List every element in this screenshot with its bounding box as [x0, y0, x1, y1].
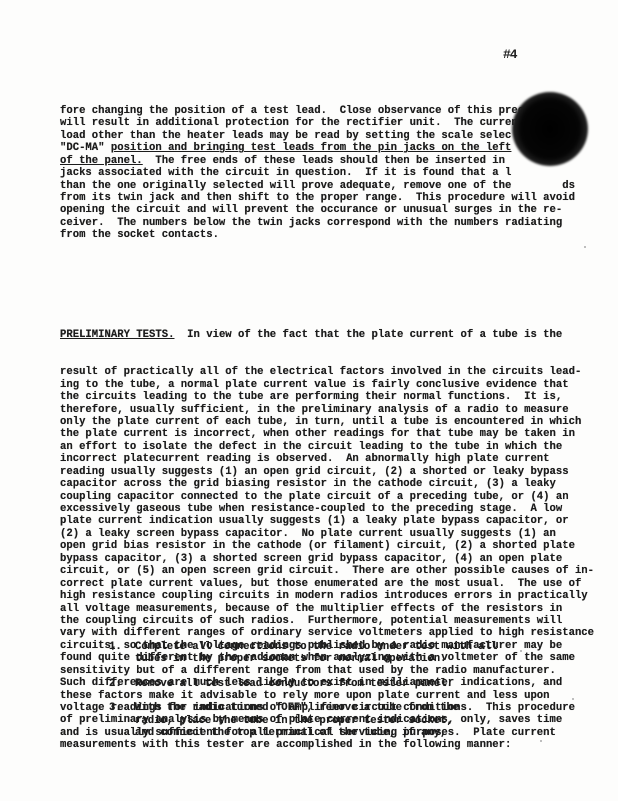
line-text: from its twin jack and then shift to the…: [60, 192, 575, 204]
steps-list: 1.Complete all connections to the radio …: [109, 641, 497, 752]
line-text: opening the circuit and will prevent the…: [60, 204, 562, 216]
text-line: all voltage measurements, because of the…: [60, 603, 618, 615]
paragraph-gap: [60, 267, 618, 279]
text-line: high resistance coupling circuits in mod…: [60, 590, 618, 602]
text-line: correct plate current values, but those …: [60, 578, 618, 590]
text-line: from the socket contacts.: [60, 229, 618, 241]
line-text: "DC-MA": [60, 142, 111, 154]
text-line: open grid bias resistor in the cathode (…: [60, 540, 618, 552]
line-text: jacks associated with the circuit in que…: [60, 167, 511, 179]
text-line: reading usually suggests (1) an open gri…: [60, 466, 618, 478]
line-text: than the one originally selected will pr…: [60, 180, 575, 192]
step-item: 2.Remove all test lead conductors from t…: [109, 678, 497, 690]
text-line: circuit, or (5) an open screen grid circ…: [60, 565, 618, 577]
text-line: only the plate current of each tube, in …: [60, 416, 618, 428]
underlined-text: position and bringing test leads from th…: [111, 142, 512, 154]
step-item: 1.Complete all connections to the radio …: [109, 641, 497, 666]
step-line: and connect the top terminal of the tube…: [135, 727, 459, 739]
text-line: the plate current is incorrect, when oth…: [60, 428, 618, 440]
step-text: Complete all connections to the radio un…: [135, 641, 497, 666]
text-line: incorrect platecurrent reading is observ…: [60, 453, 618, 465]
line-text: load other than the heater leads may be …: [60, 130, 511, 142]
step-number: 2.: [109, 678, 135, 690]
line-text: fore changing the position of a test lea…: [60, 105, 562, 117]
text-line: (2) a leaky screen bypass capacitor. No …: [60, 528, 618, 540]
step-line: Remove all test lead conductors from tes…: [135, 678, 453, 690]
text-line: coupling capacitor connected to the plat…: [60, 491, 618, 503]
document-page: #4 fore changing the position of a test …: [0, 0, 618, 801]
speck: [540, 740, 542, 742]
step-number: 1.: [109, 641, 135, 666]
underlined-text: of the panel.: [60, 155, 143, 167]
text-line: capacitor across the grid biasing resist…: [60, 478, 618, 490]
text-line: an effort to isolate the defect in the c…: [60, 441, 618, 453]
text-line: plate current indication usually suggest…: [60, 515, 618, 527]
ink-blot: [512, 92, 588, 166]
text-line: the coupling circuits of such radios. Fu…: [60, 615, 618, 627]
line-text: ceiver. The numbers below the twin jacks…: [60, 217, 562, 229]
line-text: from the socket contacts.: [60, 229, 219, 241]
step-line: Complete all connections to the radio un…: [135, 641, 497, 653]
text-line: the circuits leading to the tube are per…: [60, 391, 618, 403]
speck: [572, 698, 574, 700]
text-line: ceiver. The numbers below the twin jacks…: [60, 217, 618, 229]
paragraph-2-first-line: PRELIMINARY TESTS. In view of the fact t…: [60, 329, 618, 341]
text-line: from its twin jack and then shift to the…: [60, 192, 618, 204]
text-line: than the one originally selected will pr…: [60, 180, 618, 192]
line-text: will result in additional protection for…: [60, 117, 569, 129]
step-text: With the radio turned "OFF", remove a tu…: [135, 702, 459, 739]
step-item: 3.With the radio turned "OFF", remove a …: [109, 702, 497, 739]
text-line: opening the circuit and will prevent the…: [60, 204, 618, 216]
text-line: vary with different ranges of ordinary s…: [60, 627, 618, 639]
text-line: therefore, usually sufficient, in the pr…: [60, 404, 618, 416]
speck: [563, 544, 565, 546]
section-heading: PRELIMINARY TESTS.: [60, 329, 174, 341]
first-line-text: In view of the fact that the plate curre…: [174, 329, 562, 341]
speck: [584, 246, 586, 248]
speck: [520, 650, 522, 652]
page-number: #4: [503, 47, 517, 62]
text-line: bypass capacitor, (3) a shorted screen g…: [60, 553, 618, 565]
line-text: The free ends of these leads should then…: [143, 155, 505, 167]
text-line: result of practically all of the electri…: [60, 366, 618, 378]
text-line: ing to the tube, a normal plate current …: [60, 379, 618, 391]
text-line: jacks associated with the circuit in que…: [60, 167, 618, 179]
step-line: tubes in the proper sockets for normal o…: [135, 653, 497, 665]
step-line: With the radio turned "OFF", remove a tu…: [135, 702, 459, 714]
step-line: radio, place the tube in the proper test…: [135, 715, 459, 727]
step-number: 3.: [109, 702, 135, 739]
step-text: Remove all test lead conductors from tes…: [135, 678, 453, 690]
text-line: excessively gaseous tube when resistance…: [60, 503, 618, 515]
